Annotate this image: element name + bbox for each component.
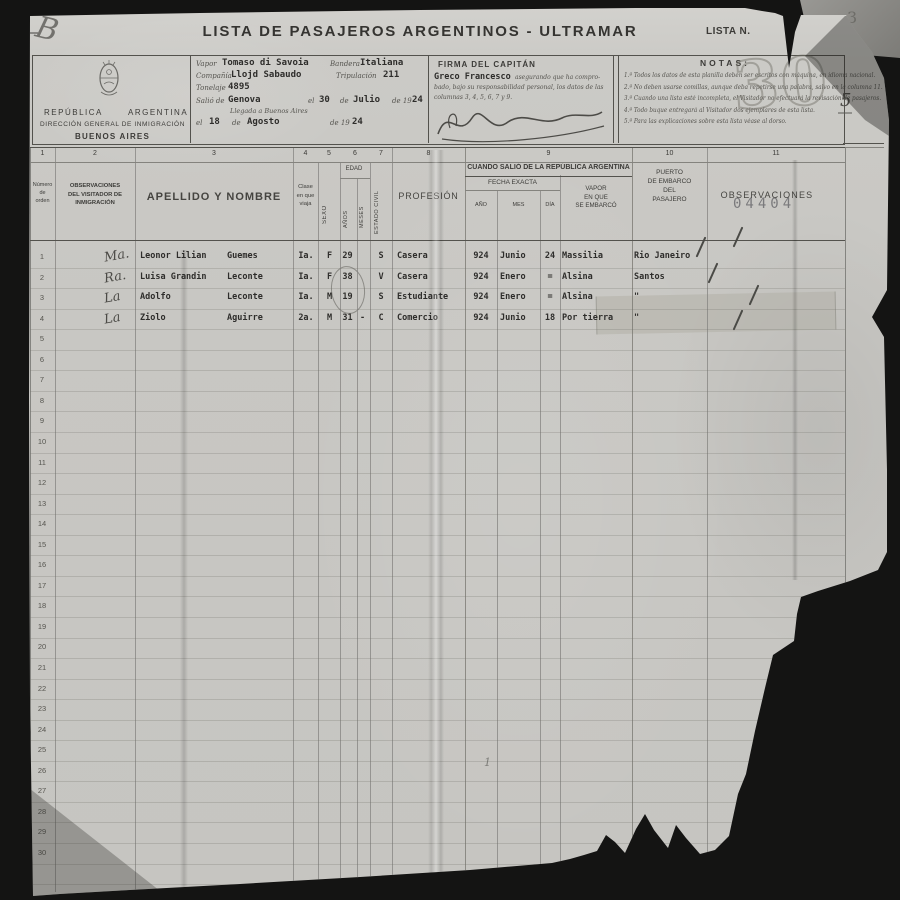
table-header-line	[843, 143, 884, 144]
table-header-line	[340, 178, 370, 179]
header-divider-2	[428, 55, 429, 143]
column-number: 2	[55, 150, 135, 157]
meses-header: MESES	[359, 182, 365, 228]
lleg-el-label: el	[196, 119, 202, 127]
dia-header: DÍA	[540, 202, 560, 208]
coat-of-arms-argentina	[94, 58, 124, 102]
column-number: 4	[293, 150, 318, 157]
col3-header: APELLIDO Y NOMBRE	[135, 191, 293, 203]
row-number: 26	[31, 766, 53, 775]
row-number: 15	[31, 540, 53, 549]
header-divider-1	[190, 55, 191, 143]
passenger-apellido: Leconte	[227, 272, 291, 282]
col2-header: OBSERVACIONES	[55, 183, 135, 189]
captain-signature	[430, 98, 610, 144]
passenger-sexo: F	[320, 251, 339, 261]
col10-header: PASAJERO	[632, 196, 707, 203]
row-number: 11	[31, 458, 53, 467]
passenger-sexo: M	[320, 313, 339, 323]
fold-crease-center	[428, 150, 444, 880]
passenger-estado: S	[371, 292, 391, 302]
table-header-line	[465, 176, 632, 177]
passenger-estado: V	[371, 272, 391, 282]
passenger-mes: Enero	[500, 272, 540, 282]
passenger-clase: Ia.	[295, 292, 317, 302]
tonelaje-label: Tonelaje	[196, 84, 226, 92]
col9-title: CUANDO SALIÓ DE LA REPÚBLICA ARGENTINA	[465, 164, 632, 171]
column-number: 6	[340, 150, 370, 157]
col9-vapor-header: SE EMBARCÓ	[560, 202, 632, 209]
col1-header: orden	[30, 198, 55, 204]
passenger-clase: Ia.	[295, 272, 317, 282]
lleg-de19-label: de 19	[330, 119, 350, 127]
passenger-vapor: Massilia	[562, 251, 631, 261]
passenger-estado: S	[371, 251, 391, 261]
row-number: 24	[31, 725, 53, 734]
tripulacion-label: Tripulación	[336, 72, 377, 80]
tonelaje-value: 4895	[228, 82, 250, 92]
salio-ano: 24	[412, 95, 423, 105]
stamp-04404: 04404	[733, 196, 795, 212]
column-number: 10	[632, 150, 707, 157]
bandera-value: Italiana	[360, 58, 403, 68]
edad-header: EDAD	[338, 166, 370, 172]
column-number: 1	[30, 150, 55, 157]
col4-header: Clase	[293, 184, 318, 190]
handwritten-5-underline	[838, 112, 852, 114]
org-direccion: DIRECCIÓN GENERAL DE INMIGRACIÓN	[40, 121, 185, 128]
column-number: 7	[370, 150, 392, 157]
passenger-puerto: Santos	[634, 272, 706, 282]
passenger-ano: 924	[466, 292, 496, 302]
passenger-dia: 24	[541, 251, 559, 261]
scanned-document-background: { "title": "LISTA DE PASAJEROS ARGENTINO…	[0, 0, 900, 900]
salio-dia: 30	[319, 95, 330, 105]
passenger-dia: =	[541, 272, 559, 282]
table-header-line	[465, 190, 560, 191]
passenger-ano: 924	[466, 251, 496, 261]
llegada-label: Llegada a Buenos Aires	[230, 107, 308, 115]
vapor-value: Tomaso di Savoia	[222, 58, 309, 68]
column-number: 5	[318, 150, 340, 157]
captain-name: Greco Francesco	[434, 72, 511, 82]
row-number: 14	[31, 519, 53, 528]
lleg-mes: Agosto	[247, 117, 280, 127]
col2-header: DEL VISITADOR DE	[55, 192, 135, 198]
org-argentina: ARGENTINA	[128, 108, 188, 117]
row-number: 4	[31, 314, 53, 323]
de-label: de	[340, 97, 349, 105]
passenger-anos: 19	[339, 292, 356, 302]
table-column-line	[318, 163, 319, 888]
row-number: 16	[31, 560, 53, 569]
fold-crease-right	[792, 160, 798, 580]
row-number: 20	[31, 642, 53, 651]
row-number: 1	[31, 252, 53, 261]
passenger-ano: 924	[466, 313, 496, 323]
header-divider-3	[613, 55, 614, 143]
row-number: 18	[31, 601, 53, 610]
row-number: 2	[31, 273, 53, 282]
row-number: 8	[31, 396, 53, 405]
col9-vapor-header: VAPOR	[560, 185, 632, 192]
org-ciudad: BUENOS AIRES	[75, 132, 150, 141]
compania-label: Compañía	[196, 72, 232, 80]
col9-vapor-header: EN QUE	[560, 194, 632, 201]
salio-puerto: Genova	[228, 95, 261, 105]
handwritten-slash	[708, 263, 719, 284]
passenger-anos: 38	[339, 272, 356, 282]
col7-header: ESTADO CIVIL	[374, 172, 380, 234]
row-number: 17	[31, 581, 53, 590]
de19-label: de 19	[392, 97, 412, 105]
passenger-estado: C	[371, 313, 391, 323]
lleg-dia: 18	[209, 117, 220, 127]
row-number: 25	[31, 745, 53, 754]
captain-line2: bado, bajo su responsabilidad personal, …	[434, 84, 604, 91]
row-number: 22	[31, 684, 53, 693]
passenger-mes: Junio	[500, 313, 540, 323]
salio-label: Salió de	[196, 97, 225, 105]
table-column-line	[293, 147, 294, 888]
table-column-line	[560, 175, 561, 883]
passenger-mes: Junio	[500, 251, 540, 261]
table-header-line	[845, 147, 884, 148]
table-column-line	[55, 147, 56, 892]
passenger-dia: =	[541, 292, 559, 302]
col10-header: DE EMBARCO	[632, 178, 707, 185]
tripulacion-value: 211	[383, 70, 399, 80]
captain-line1: asegurando que ha compro-	[515, 74, 600, 81]
anos-header: AÑOS	[343, 182, 349, 228]
row-number: 19	[31, 622, 53, 631]
passenger-list-sheet: B LISTA DE PASAJEROS ARGENTINOS - ULTRAM…	[0, 0, 900, 900]
passenger-clase: Ia.	[295, 251, 317, 261]
passenger-apellido: Aguirre	[227, 313, 291, 323]
column-number: 11	[707, 150, 845, 157]
handwritten-dash	[26, 32, 38, 34]
col4-header: viaja	[293, 201, 318, 207]
salio-mes: Julio	[353, 95, 380, 105]
page-title: LISTA DE PASAJEROS ARGENTINOS - ULTRAMAR	[160, 23, 680, 40]
ano-header: AÑO	[465, 202, 497, 208]
passenger-clase: 2a.	[295, 313, 317, 323]
row-number: 23	[31, 704, 53, 713]
table-column-line	[707, 147, 708, 862]
passenger-puerto: "	[634, 292, 706, 302]
col2-header: INMIGRACIÓN	[55, 200, 135, 206]
col4-header: en que	[293, 193, 318, 199]
passenger-sexo: F	[320, 272, 339, 282]
row-number: 7	[31, 375, 53, 384]
passenger-apellido: Guemes	[227, 251, 291, 261]
captain-title: FIRMA DEL CAPITÁN	[438, 60, 536, 69]
table-column-line	[845, 147, 846, 600]
row-number: 12	[31, 478, 53, 487]
row-number: 10	[31, 437, 53, 446]
row-number: 3	[31, 293, 53, 302]
col5-header: SEXO	[322, 180, 328, 224]
org-republica: REPÚBLICA	[44, 108, 103, 117]
passenger-mes: Enero	[500, 292, 540, 302]
fold-crease-left	[180, 250, 188, 890]
el-label: el	[308, 97, 314, 105]
handwritten-letter-b: B	[32, 10, 62, 49]
table-column-line	[497, 190, 498, 884]
column-number: 3	[135, 150, 293, 157]
lleg-de-label: de	[232, 119, 241, 127]
row-number: 5	[31, 334, 53, 343]
bandera-label: Bandera	[330, 60, 360, 68]
passenger-dia: 18	[541, 313, 559, 323]
table-column-line	[392, 147, 393, 886]
vapor-label: Vapor	[196, 60, 217, 68]
passenger-meses: -	[356, 313, 369, 323]
passenger-vapor: Alsina	[562, 272, 631, 282]
handwritten-slash	[733, 227, 744, 248]
fecha-exacta-header: FECHA EXACTA	[465, 179, 560, 186]
col10-header: DEL	[632, 187, 707, 194]
passenger-sexo: M	[320, 292, 339, 302]
passenger-ano: 924	[466, 272, 496, 282]
col1-header: Número	[30, 182, 55, 188]
row-number: 6	[31, 355, 53, 364]
column-number: 9	[465, 150, 632, 157]
passenger-anos: 29	[339, 251, 356, 261]
row-number: 9	[31, 416, 53, 425]
passenger-apellido: Leconte	[227, 292, 291, 302]
row-number: 13	[31, 499, 53, 508]
compania-value: Llojd Sabaudo	[231, 70, 301, 80]
lleg-ano: 24	[352, 117, 363, 127]
lista-n-label: LISTA N.	[706, 26, 751, 37]
passenger-vapor: Alsina	[562, 292, 631, 302]
passenger-anos: 31	[339, 313, 356, 323]
handwritten-1: 1	[484, 756, 491, 769]
header-divider-3b	[618, 55, 619, 143]
table-header-line	[30, 147, 845, 148]
passenger-puerto: "	[634, 313, 706, 323]
mes-header: MES	[497, 202, 540, 208]
col1-header: de	[30, 190, 55, 196]
passenger-vapor: Por tierra	[562, 313, 631, 323]
col10-header: PUERTO	[632, 169, 707, 176]
row-number: 21	[31, 663, 53, 672]
